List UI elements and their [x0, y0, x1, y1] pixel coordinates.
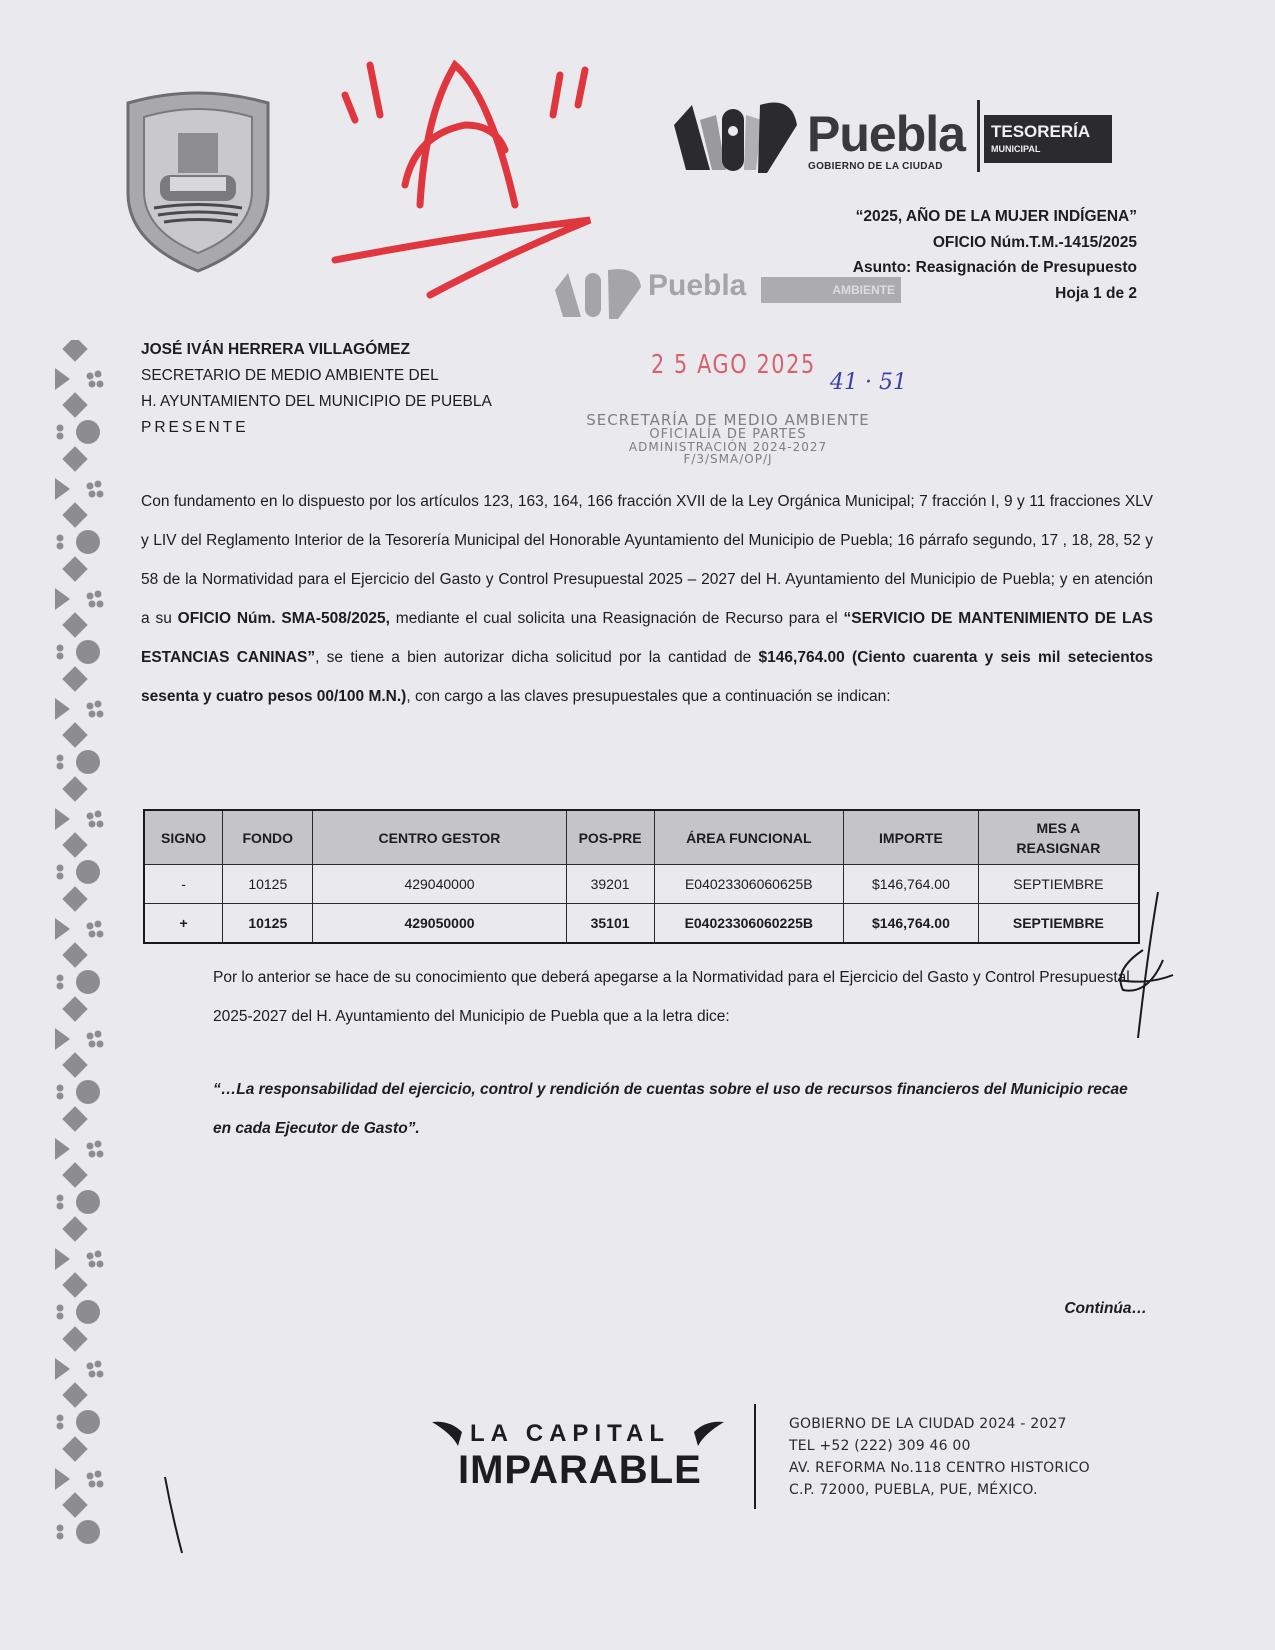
col-header-mes: MES A REASIGNAR — [978, 810, 1139, 865]
addressee-title-2: H. AYUNTAMIENTO DEL MUNICIPIO DE PUEBLA — [141, 389, 492, 415]
body-text: , se tiene a bien autorizar dicha solici… — [315, 649, 758, 666]
cell-area-funcional: E04023306060225B — [654, 904, 844, 944]
stamp-department: AMBIENTE — [832, 283, 895, 297]
compliance-text: Por lo anterior se hace de su conocimien… — [141, 958, 1141, 1036]
col-header-area-funcional: ÁREA FUNCIONAL — [654, 810, 844, 865]
footer-postal: C.P. 72000, PUEBLA, PUE, MÉXICO. — [789, 1479, 1090, 1501]
stamp-department-box: AMBIENTE — [761, 277, 901, 303]
body-paragraph: Con fundamento en lo dispuesto por los a… — [141, 482, 1153, 716]
footer-contact-info: GOBIERNO DE LA CIUDAD 2024 - 2027 TEL +5… — [789, 1413, 1090, 1501]
reception-stamp-logo: Puebla AMBIENTE — [553, 265, 898, 325]
col-header-pos-pre: POS-PRE — [566, 810, 654, 865]
footer-address: AV. REFORMA No.118 CENTRO HISTORICO — [789, 1457, 1090, 1479]
referenced-oficio: OFICIO Núm. SMA-508/2025, — [178, 610, 390, 627]
department-name: TESORERÍA — [991, 122, 1090, 142]
compliance-paragraph: Por lo anterior se hace de su conocimien… — [141, 958, 1141, 1036]
stamp-landmarks-icon — [553, 265, 643, 320]
pen-stroke-mark — [160, 1475, 190, 1555]
logo-wordmark: Puebla — [807, 105, 965, 163]
table-header-row: SIGNO FONDO CENTRO GESTOR POS-PRE ÁREA F… — [144, 810, 1139, 865]
cell-signo: + — [144, 904, 223, 944]
col-header-signo: SIGNO — [144, 810, 223, 865]
table-row: - 10125 429040000 39201 E04023306060625B… — [144, 865, 1139, 904]
col-header-centro-gestor: CENTRO GESTOR — [313, 810, 566, 865]
salutation: PRESENTE — [141, 415, 492, 441]
department-badge: TESORERÍA MUNICIPAL — [984, 115, 1112, 163]
year-slogan: “2025, AÑO DE LA MUJER INDÍGENA” — [853, 204, 1137, 230]
table-row: + 10125 429050000 35101 E04023306060225B… — [144, 904, 1139, 944]
body-text: Con fundamento en lo dispuesto por los a… — [141, 493, 1153, 627]
cell-pos-pre: 35101 — [566, 904, 654, 944]
col-header-importe: IMPORTE — [844, 810, 979, 865]
footer-phone: TEL +52 (222) 309 46 00 — [789, 1435, 1090, 1457]
left-wing-icon — [430, 1418, 464, 1448]
addressee-block: JOSÉ IVÁN HERRERA VILLAGÓMEZ SECRETARIO … — [141, 337, 492, 441]
body-text: mediante el cual solicita una Reasignaci… — [390, 610, 844, 627]
department-sub: MUNICIPAL — [991, 144, 1040, 154]
puebla-landmarks-icon — [672, 95, 802, 175]
logo-subtitle: GOBIERNO DE LA CIUDAD — [808, 161, 943, 172]
oficio-number: OFICIO Núm.T.M.-1415/2025 — [853, 230, 1137, 256]
quote-text: “…La responsabilidad del ejercicio, cont… — [141, 1070, 1146, 1148]
logo-divider — [977, 100, 980, 172]
cell-pos-pre: 39201 — [566, 865, 654, 904]
cell-centro-gestor: 429050000 — [313, 904, 566, 944]
body-text: , con cargo a las claves presupuestales … — [406, 688, 890, 705]
cell-centro-gestor: 429040000 — [313, 865, 566, 904]
city-shield-emblem — [118, 83, 278, 273]
regulation-quote: “…La responsabilidad del ejercicio, cont… — [141, 1070, 1146, 1148]
footer-administration: GOBIERNO DE LA CIUDAD 2024 - 2027 — [789, 1413, 1090, 1435]
footer-divider — [754, 1404, 756, 1509]
reception-date-stamp: 2 5 AGO 2025 — [651, 350, 816, 380]
ornamental-border — [50, 340, 110, 1590]
cell-importe: $146,764.00 — [844, 865, 979, 904]
col-header-fondo: FONDO — [223, 810, 313, 865]
slogan-bottom: IMPARABLE — [458, 1448, 702, 1493]
cell-importe: $146,764.00 — [844, 904, 979, 944]
handwritten-folio: 41 · 51 — [830, 370, 907, 395]
cell-signo: - — [144, 865, 223, 904]
right-wing-icon — [692, 1418, 726, 1448]
continues-indicator: Continúa… — [1064, 1300, 1147, 1318]
slogan-top: LA CAPITAL — [470, 1420, 670, 1448]
cell-fondo: 10125 — [223, 865, 313, 904]
budget-reassignment-table: SIGNO FONDO CENTRO GESTOR POS-PRE ÁREA F… — [143, 809, 1140, 944]
addressee-name: JOSÉ IVÁN HERRERA VILLAGÓMEZ — [141, 337, 492, 363]
addressee-title-1: SECRETARIO DE MEDIO AMBIENTE DEL — [141, 363, 492, 389]
stamp-wordmark: Puebla — [648, 269, 746, 303]
cell-area-funcional: E04023306060625B — [654, 865, 844, 904]
la-capital-imparable-logo: LA CAPITAL IMPARABLE — [430, 1418, 730, 1508]
reception-stamp-text: SECRETARÍA DE MEDIO AMBIENTE OFICIALÍA D… — [578, 411, 878, 466]
puebla-tesoreria-logo: Puebla GOBIERNO DE LA CIUDAD TESORERÍA M… — [672, 95, 1112, 185]
stamp-line-4: F/3/SMA/OP/J — [578, 452, 878, 466]
cell-fondo: 10125 — [223, 904, 313, 944]
